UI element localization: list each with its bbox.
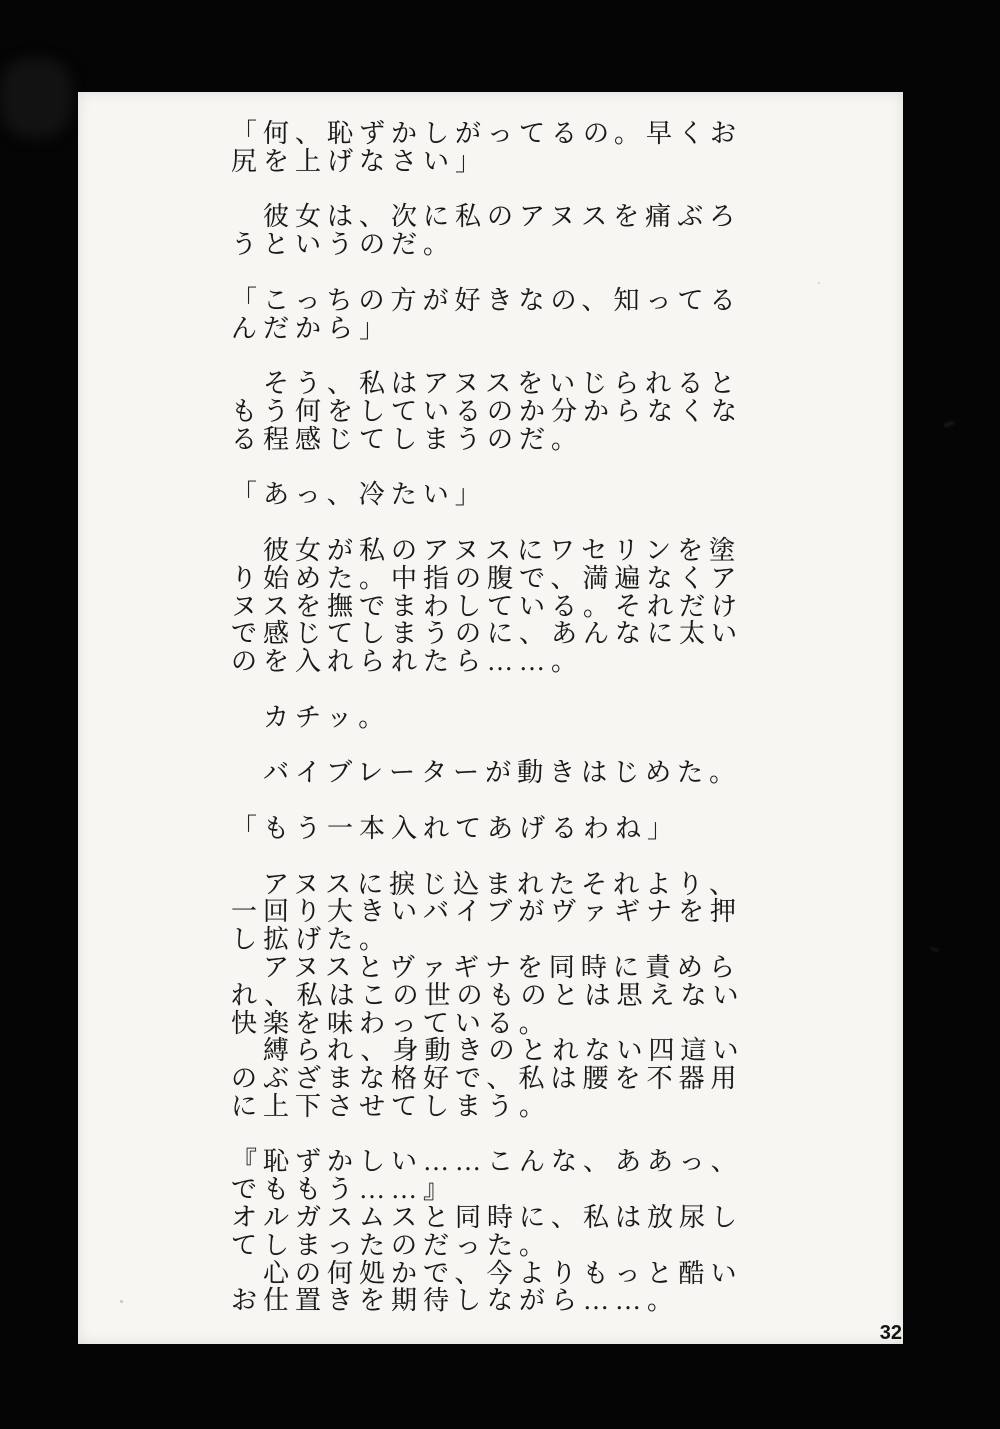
paragraph: カチッ。 bbox=[231, 704, 791, 732]
paragraph: バイブレーターが動きはじめた。 bbox=[231, 759, 791, 787]
scanned-page: 「何、恥ずかしがってるの。早くお 尻を上げなさい」 彼女は、次に私のアヌスを痛ぶ… bbox=[78, 92, 903, 1344]
paragraph: オルガスムスと同時に、私は放尿し てしまったのだった。 bbox=[231, 1204, 791, 1260]
scan-scratch bbox=[930, 947, 939, 952]
paragraph: アヌスに捩じ込まれたそれより、 一回り大きいバイブがヴァギナを押 し拡げた。 bbox=[231, 871, 791, 954]
paragraph: 「何、恥ずかしがってるの。早くお 尻を上げなさい」 bbox=[231, 120, 791, 176]
paragraph: 縛られ、身動きのとれない四這い のぶざまな格好で、私は腰を不器用 に上下させてし… bbox=[231, 1037, 791, 1120]
body-text: 「何、恥ずかしがってるの。早くお 尻を上げなさい」 彼女は、次に私のアヌスを痛ぶ… bbox=[231, 120, 791, 1315]
page-number: 32 bbox=[880, 1323, 902, 1343]
paragraph: 「もう一本入れてあげるわね」 bbox=[231, 815, 791, 843]
paper-speck bbox=[818, 282, 820, 284]
paragraph: そう、私はアヌスをいじられると もう何をしているのか分からなくな る程感じてしま… bbox=[231, 370, 791, 453]
paragraph: 彼女は、次に私のアヌスを痛ぶろ うというのだ。 bbox=[231, 203, 791, 259]
scan-smudge bbox=[0, 58, 72, 138]
paragraph: 『恥ずかしい……こんな、ああっ、 でももう……』 bbox=[231, 1148, 791, 1204]
paragraph: 「こっちの方が好きなの、知ってる んだから」 bbox=[231, 287, 791, 343]
paragraph: アヌスとヴァギナを同時に責めら れ、私はこの世のものとは思えない 快楽を味わって… bbox=[231, 954, 791, 1037]
paragraph: 「あっ、冷たい」 bbox=[231, 481, 791, 509]
scan-background: 「何、恥ずかしがってるの。早くお 尻を上げなさい」 彼女は、次に私のアヌスを痛ぶ… bbox=[0, 0, 1000, 1429]
paragraph: 彼女が私のアヌスにワセリンを塗 り始めた。中指の腹で、満遍なくア ヌスを撫でまわ… bbox=[231, 537, 791, 676]
paragraph: 心の何処かで、今よりもっと酷い お仕置きを期待しながら……。 bbox=[231, 1260, 791, 1316]
scan-scratch bbox=[944, 420, 955, 427]
paper-speck bbox=[120, 1300, 123, 1303]
